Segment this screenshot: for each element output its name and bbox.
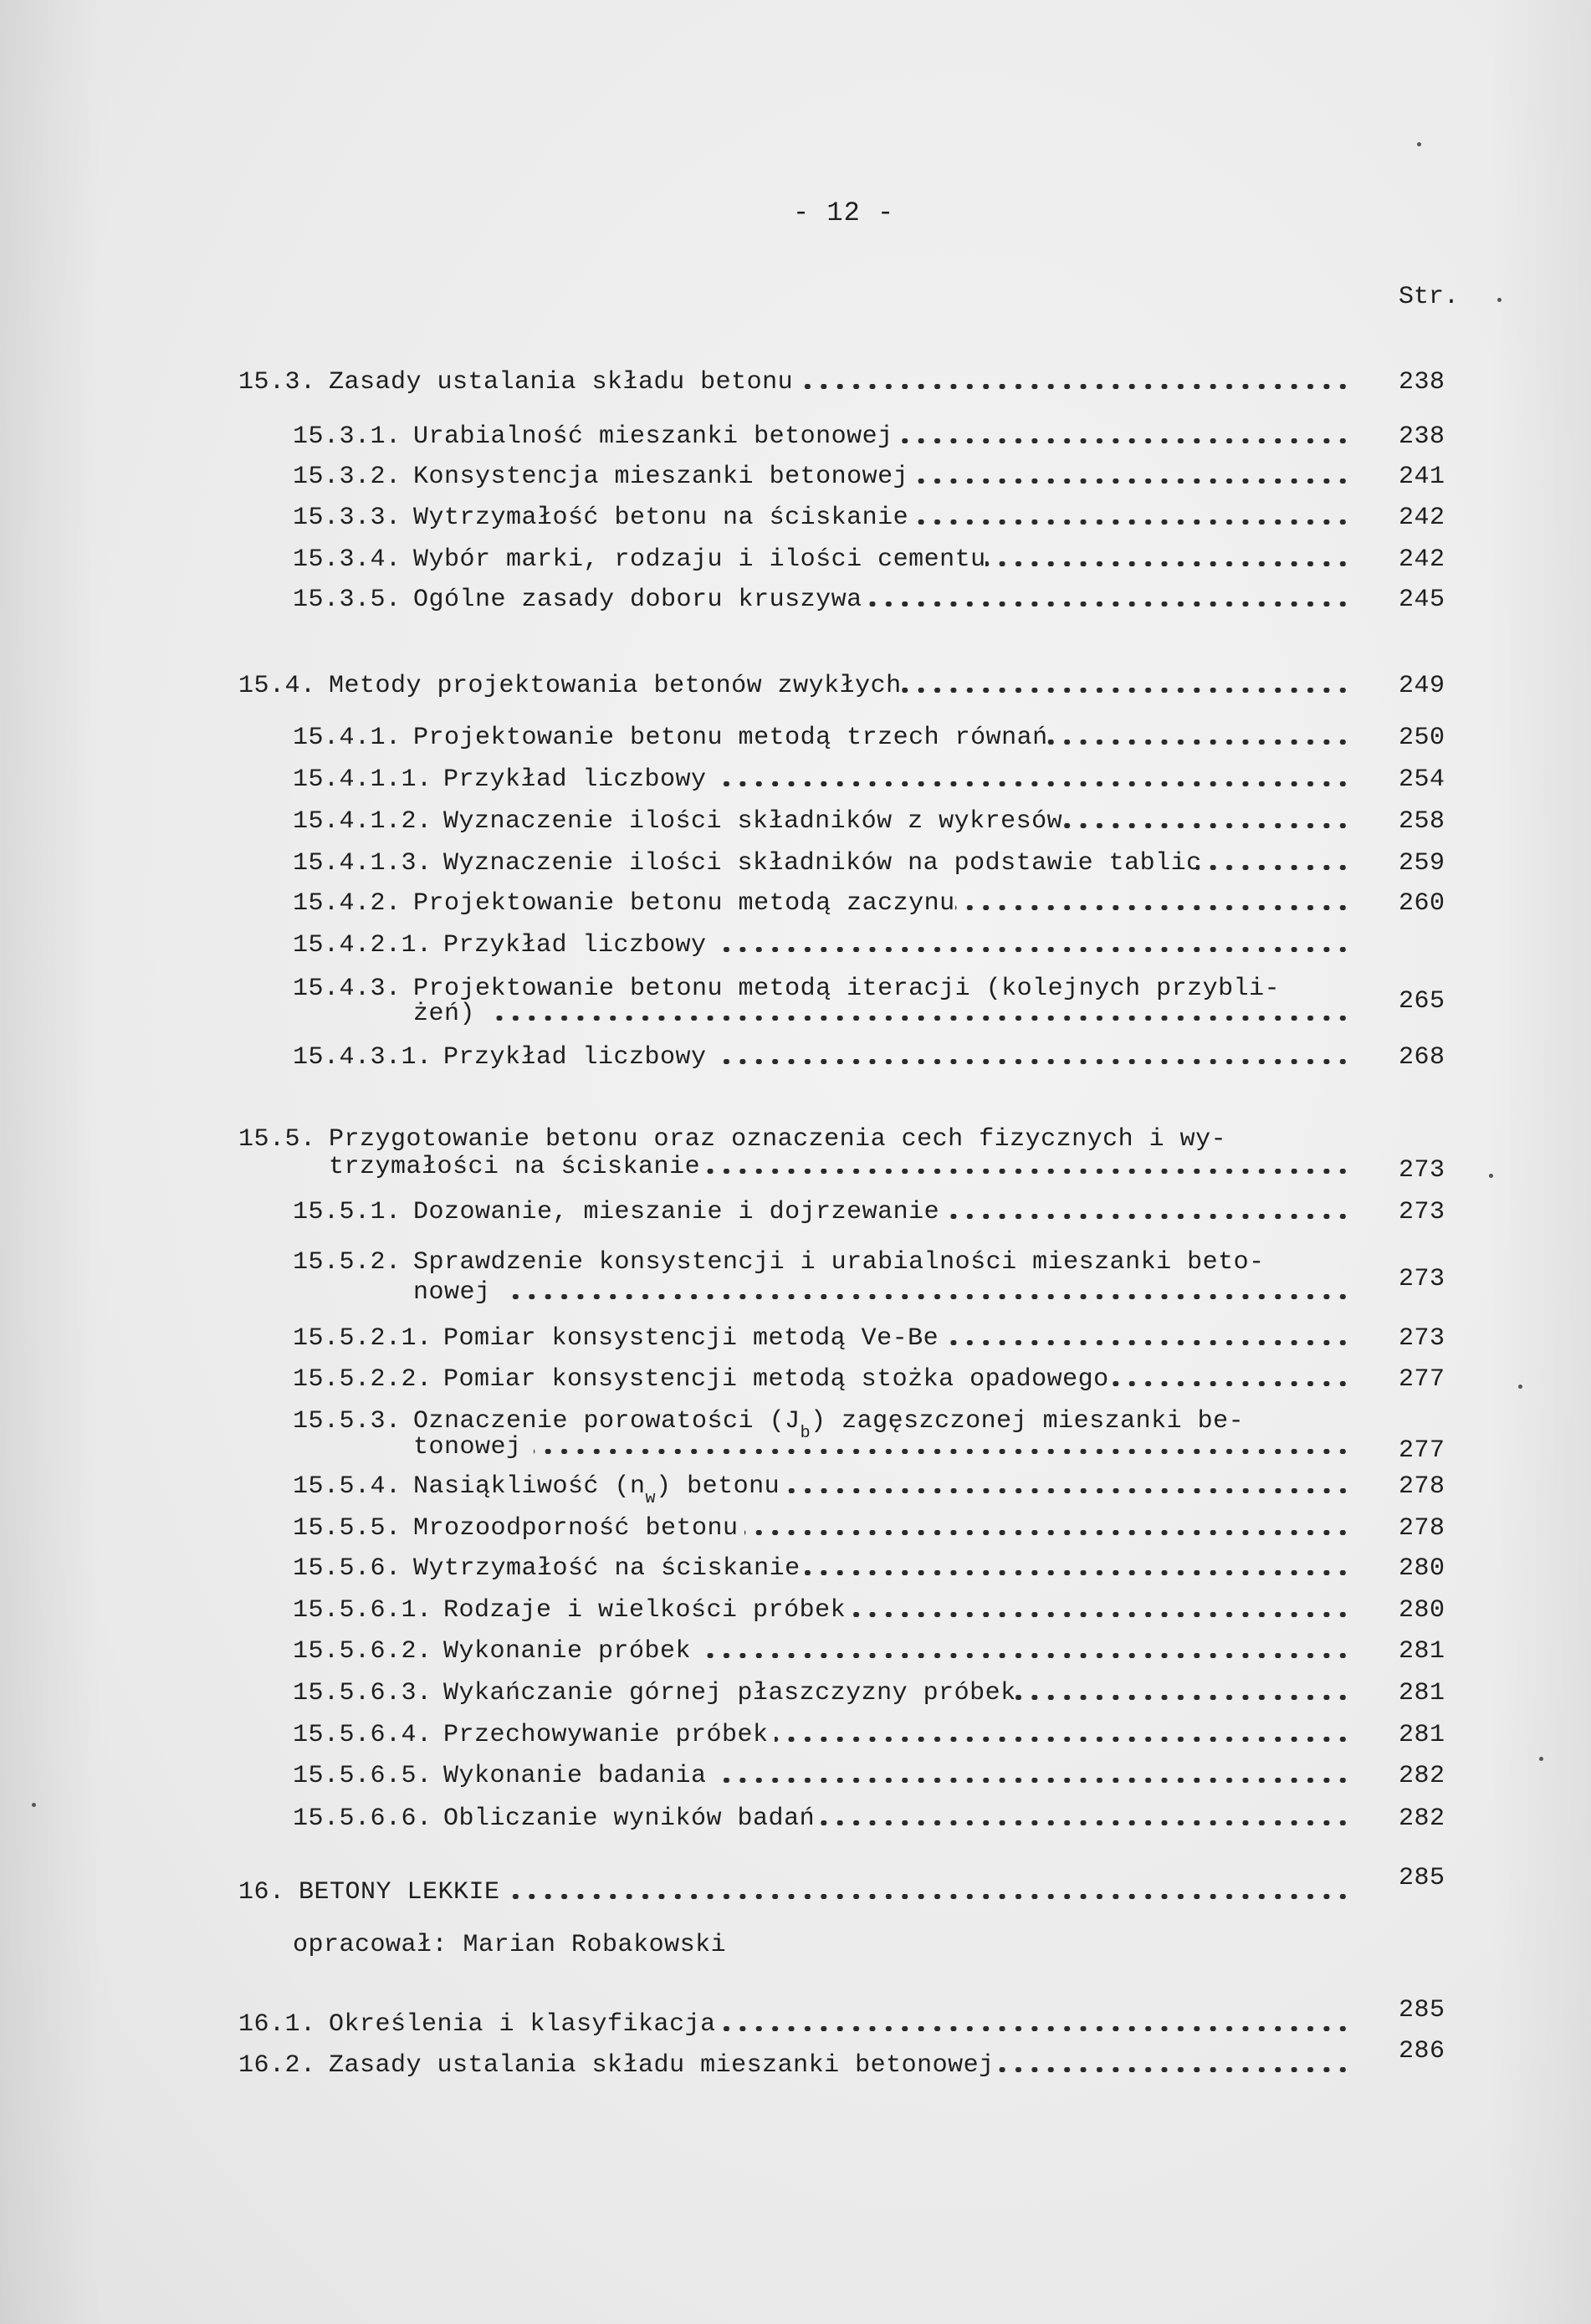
toc-entry-title: Wytrzymałość betonu na ściskanie xyxy=(413,504,908,532)
toc-entry-title-continuation: trzymałości na ściskanie xyxy=(329,1153,700,1181)
toc-entry-title-continuation: tonowej xyxy=(413,1433,522,1461)
toc-entry-number: 15.3. xyxy=(238,368,316,397)
leader-dots xyxy=(901,688,1351,693)
toc-entry-page: 273 xyxy=(1399,1265,1445,1293)
leader-dots xyxy=(1015,1695,1351,1700)
toc-entry-page: 268 xyxy=(1399,1043,1445,1072)
toc-entry-number: 15.5.3. xyxy=(293,1407,402,1436)
leader-dots xyxy=(910,520,1351,525)
leader-dots xyxy=(910,479,1351,484)
toc-entry-title: Wybór marki, rodzaju i ilości cementu xyxy=(413,545,986,574)
toc-entry-title-part: Nasiąkliwość (n xyxy=(413,1472,646,1501)
toc-entry-page: 280 xyxy=(1399,1554,1445,1583)
subscript: w xyxy=(646,1489,657,1508)
toc-entry-title: Wytrzymałość na ściskanie xyxy=(413,1554,801,1583)
toc-entry-number: 15.4.1.1. xyxy=(293,765,432,794)
leader-dots xyxy=(940,1340,1351,1345)
toc-entry-page: 249 xyxy=(1399,672,1445,700)
toc-entry-title: Wyznaczenie ilości składników na podstaw… xyxy=(443,849,1202,878)
toc-entry-page: 265 xyxy=(1399,987,1445,1016)
toc-entry-page: 286 xyxy=(1399,2037,1445,2065)
toc-entry-number: 15.4.1.2. xyxy=(293,807,432,836)
toc-entry-title: Metody projektowania betonów zwykłych xyxy=(329,672,902,700)
toc-entry-title-continuation: nowej xyxy=(413,1278,491,1307)
leader-dots xyxy=(820,1820,1351,1825)
toc-entry-title: Dozowanie, mieszanie i dojrzewanie xyxy=(413,1198,939,1226)
toc-entry-title: Rodzaje i wielkości próbek xyxy=(443,1596,846,1625)
toc-entry-title: Zasady ustalania składu mieszanki betono… xyxy=(329,2051,995,2080)
toc-entry-number: 15.4.1.3. xyxy=(293,849,432,878)
toc-entry-page: 245 xyxy=(1399,586,1445,614)
toc-entry-page: 273 xyxy=(1399,1198,1445,1226)
toc-entry-number: 15.4.3. xyxy=(293,975,402,1003)
toc-entry-title: Oznaczenie porowatości (Jb) zagęszczonej… xyxy=(413,1407,1244,1436)
toc-entry-title: Projektowanie betonu metodą zaczynu xyxy=(413,889,955,918)
toc-entry-page: 278 xyxy=(1399,1514,1445,1543)
toc-entry-page: 250 xyxy=(1399,724,1445,752)
toc-entry-title: Określenia i klasyfikacja xyxy=(329,2010,716,2039)
toc-entry-title: Obliczanie wyników badań xyxy=(443,1804,815,1833)
toc-entry-title-part: Oznaczenie porowatości (J xyxy=(413,1407,801,1436)
paper-speck xyxy=(1518,1385,1522,1389)
leader-dots xyxy=(795,384,1351,389)
toc-entry-number: 15.5.2.2. xyxy=(293,1365,432,1394)
toc-entry-page: 278 xyxy=(1399,1472,1445,1501)
toc-entry-title: Wykonanie próbek xyxy=(443,1637,691,1666)
toc-entry-title: Przykład liczbowy xyxy=(443,1043,707,1072)
leader-dots xyxy=(784,1488,1351,1493)
toc-entry-page: 285 xyxy=(1399,1864,1445,1892)
leader-dots xyxy=(705,1169,1351,1174)
paper-speck xyxy=(1497,298,1501,302)
toc-entry-title: Sprawdzenie konsystencji i urabialności … xyxy=(413,1248,1265,1277)
leader-dots xyxy=(955,905,1351,910)
toc-entry-page: 238 xyxy=(1399,368,1445,397)
toc-entry-number: 15.3.1. xyxy=(293,422,402,451)
toc-entry-page: 238 xyxy=(1399,422,1445,451)
toc-entry-number: 15.5.6.5. xyxy=(293,1762,432,1790)
toc-entry-number: 15.5. xyxy=(238,1125,316,1154)
leader-dots xyxy=(720,2026,1351,2031)
leader-dots xyxy=(714,947,1351,952)
toc-entry-title: Nasiąkliwość (nw) betonu xyxy=(413,1472,780,1501)
toc-entry-page: 277 xyxy=(1399,1365,1445,1394)
toc-entry-page: 241 xyxy=(1399,463,1445,491)
toc-entry-number: 15.5.6.1. xyxy=(293,1596,432,1625)
leader-dots xyxy=(985,561,1351,566)
leader-dots xyxy=(940,1214,1351,1219)
leader-dots xyxy=(534,1449,1351,1454)
toc-entry-number: 15.5.4. xyxy=(293,1472,402,1501)
toc-entry-title: Ogólne zasady doboru kruszywa xyxy=(413,586,862,614)
toc-entry-title: Projektowanie betonu metodą iteracji (ko… xyxy=(413,975,1280,1003)
toc-entry-number: 15.5.6.2. xyxy=(293,1637,432,1666)
toc-entry-number: 15.4.2. xyxy=(293,889,402,918)
toc-entry-page: 280 xyxy=(1399,1596,1445,1625)
toc-entry-number: 15.5.1. xyxy=(293,1198,402,1226)
leader-dots xyxy=(865,601,1351,607)
toc-entry-page: 282 xyxy=(1399,1762,1445,1790)
leader-dots xyxy=(699,1653,1351,1658)
leader-dots xyxy=(1046,740,1351,745)
toc-entry-page: 273 xyxy=(1399,1156,1445,1185)
page-column-label: Str. xyxy=(1399,283,1459,311)
toc-entry-number: 15.3.3. xyxy=(293,504,402,532)
leader-dots xyxy=(489,1016,1351,1021)
toc-entry-title: Przykład liczbowy xyxy=(443,931,707,960)
leader-dots xyxy=(714,781,1351,786)
leader-dots xyxy=(775,1737,1351,1742)
toc-entry-page: 281 xyxy=(1399,1721,1445,1749)
toc-entry-page: 258 xyxy=(1399,807,1445,836)
leader-dots xyxy=(1061,823,1351,828)
toc-entry-title: Wyznaczenie ilości składników z wykresów xyxy=(443,807,1062,836)
toc-entry-number: 15.3.5. xyxy=(293,586,402,614)
leader-dots xyxy=(850,1612,1351,1617)
toc-entry-title: Urabialność mieszanki betonowej xyxy=(413,422,893,451)
paper-speck xyxy=(32,1803,36,1807)
leader-dots xyxy=(504,1294,1351,1299)
toc-entry-number: 16. xyxy=(238,1878,285,1907)
paper-speck xyxy=(1489,1174,1493,1178)
toc-entry-title: Wykańczanie górnej płaszczyzny próbek xyxy=(443,1679,1016,1707)
toc-entry-number: 15.5.2.1. xyxy=(293,1324,432,1353)
toc-entry-title: Przechowywanie próbek xyxy=(443,1721,769,1749)
leader-dots xyxy=(895,438,1351,443)
toc-entry-page: 260 xyxy=(1399,889,1445,918)
toc-entry-title-part: ) betonu xyxy=(656,1472,780,1501)
toc-entry-number: 15.3.2. xyxy=(293,463,402,491)
toc-entry-title: Konsystencja mieszanki betonowej xyxy=(413,463,908,491)
paper-speck xyxy=(1539,1757,1543,1761)
leader-dots xyxy=(805,1570,1351,1575)
toc-entry-number: 15.5.6.4. xyxy=(293,1721,432,1749)
toc-entry-page: 242 xyxy=(1399,504,1445,532)
toc-entry-page: 259 xyxy=(1399,849,1445,878)
toc-entry-number: 15.4. xyxy=(238,672,316,700)
toc-entry-number: 15.5.6. xyxy=(293,1554,402,1583)
author-credit: opracował: Marian Robakowski xyxy=(293,1931,726,1959)
toc-entry-number: 15.4.1. xyxy=(293,724,402,752)
leader-dots xyxy=(744,1530,1351,1535)
toc-entry-number: 15.5.6.6. xyxy=(293,1804,432,1833)
toc-entry-title-part: ) zagęszczonej mieszanki be- xyxy=(811,1407,1244,1436)
toc-entry-title: Projektowanie betonu metodą trzech równa… xyxy=(413,724,1048,752)
toc-entry-title: Pomiar konsystencji metodą Ve-Be xyxy=(443,1324,939,1353)
toc-entry-title: Wykonanie badania xyxy=(443,1762,707,1790)
toc-entry-number: 15.5.2. xyxy=(293,1248,402,1277)
toc-entry-title: Pomiar konsystencji metodą stożka opadow… xyxy=(443,1365,1109,1394)
toc-entry-number: 16.2. xyxy=(238,2051,316,2080)
leader-dots xyxy=(1196,865,1351,870)
paper-speck xyxy=(1417,142,1421,146)
leader-dots xyxy=(1106,1381,1351,1386)
toc-entry-number: 16.1. xyxy=(238,2010,316,2039)
toc-entry-number: 15.4.3.1. xyxy=(293,1043,432,1072)
leader-dots xyxy=(991,2067,1351,2072)
leader-dots xyxy=(714,1059,1351,1064)
toc-entry-title: Mrozoodporność betonu xyxy=(413,1514,739,1543)
page-number: - 12 - xyxy=(793,197,894,228)
toc-entry-title: BETONY LEKKIE xyxy=(299,1878,500,1907)
leader-dots xyxy=(509,1894,1351,1899)
toc-entry-number: 15.4.2.1. xyxy=(293,931,432,960)
toc-entry-title-continuation: żeń) xyxy=(413,1000,475,1028)
toc-entry-number: 15.3.4. xyxy=(293,545,402,574)
toc-entry-page: 282 xyxy=(1399,1804,1445,1833)
toc-entry-title: Zasady ustalania składu betonu xyxy=(329,368,793,397)
toc-entry-page: 281 xyxy=(1399,1679,1445,1707)
leader-dots xyxy=(714,1778,1351,1783)
toc-entry-page: 254 xyxy=(1399,765,1445,794)
subscript: b xyxy=(801,1424,811,1443)
toc-entry-number: 15.5.6.3. xyxy=(293,1679,432,1707)
toc-entry-page: 285 xyxy=(1399,1996,1445,2025)
toc-entry-title: Przygotowanie betonu oraz oznaczenia cec… xyxy=(329,1125,1226,1154)
toc-entry-number: 15.5.5. xyxy=(293,1514,402,1543)
toc-entry-title: Przykład liczbowy xyxy=(443,765,707,794)
toc-entry-page: 242 xyxy=(1399,545,1445,574)
toc-entry-page: 273 xyxy=(1399,1324,1445,1353)
toc-entry-page: 281 xyxy=(1399,1637,1445,1666)
toc-entry-page: 277 xyxy=(1399,1436,1445,1465)
